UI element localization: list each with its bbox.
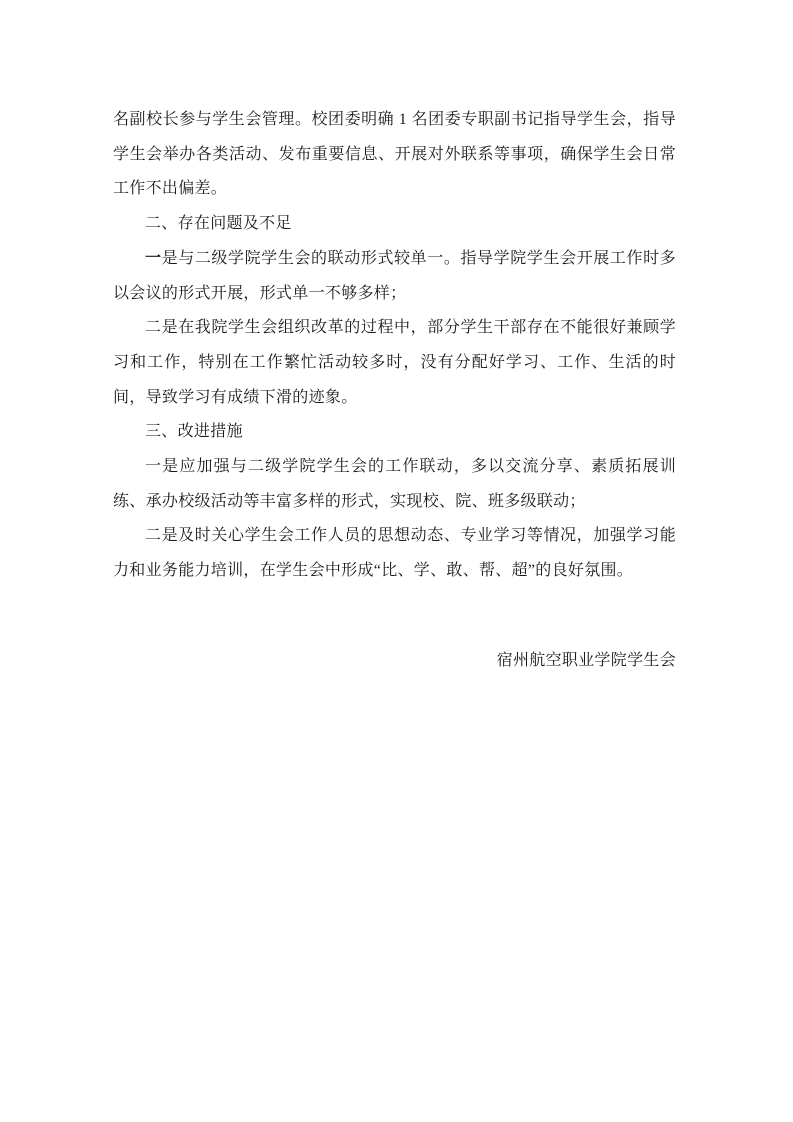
paragraph-measure-1: 一是应加强与二级学院学生会的工作联动，多以交流分享、素质拓展训练、承办校级活动等… [113,450,676,519]
text-run: 名副校长参与学生会管理。校团委明确 1 名团委专职副书记指导学生会，指导学生会举… [113,111,676,197]
document-page: 名副校长参与学生会管理。校团委明确 1 名团委专职副书记指导学生会，指导学生会举… [0,0,793,1122]
text-run: 二、存在问题及不足 [145,215,292,232]
section-heading-2: 二、存在问题及不足 [113,207,676,242]
text-run: 二是及时关心学生会工作人员的思想动态、专业学习等情况，加强学习能力和业务能力培训… [113,527,676,579]
signature: 宿州航空职业学院学生会 [113,644,676,679]
document-body: 名副校长参与学生会管理。校团委明确 1 名团委专职副书记指导学生会，指导学生会举… [0,0,793,679]
paragraph-measure-2: 二是及时关心学生会工作人员的思想动态、专业学习等情况，加强学习能力和业务能力培训… [113,519,676,588]
text-run: 宿州航空职业学院学生会 [497,652,676,669]
text-run: 一 [145,250,162,267]
text-run: 是与二级学院学生会的联动形式较单一。指导学院学生会开展工作时多以会议的形式开展，… [113,250,676,302]
paragraph-continuation: 名副校长参与学生会管理。校团委明确 1 名团委专职副书记指导学生会，指导学生会举… [113,103,676,207]
paragraph-problem-1: 一是与二级学院学生会的联动形式较单一。指导学院学生会开展工作时多以会议的形式开展… [113,242,676,311]
text-run: 二是在我院学生会组织改革的过程中，部分学生干部存在不能很好兼顾学习和工作，特别在… [113,319,676,405]
paragraph-problem-2: 二是在我院学生会组织改革的过程中，部分学生干部存在不能很好兼顾学习和工作，特别在… [113,311,676,415]
text-run: 三、改进措施 [145,423,243,440]
section-heading-3: 三、改进措施 [113,415,676,450]
text-run: 一是应加强与二级学院学生会的工作联动，多以交流分享、素质拓展训练、承办校级活动等… [113,458,676,510]
